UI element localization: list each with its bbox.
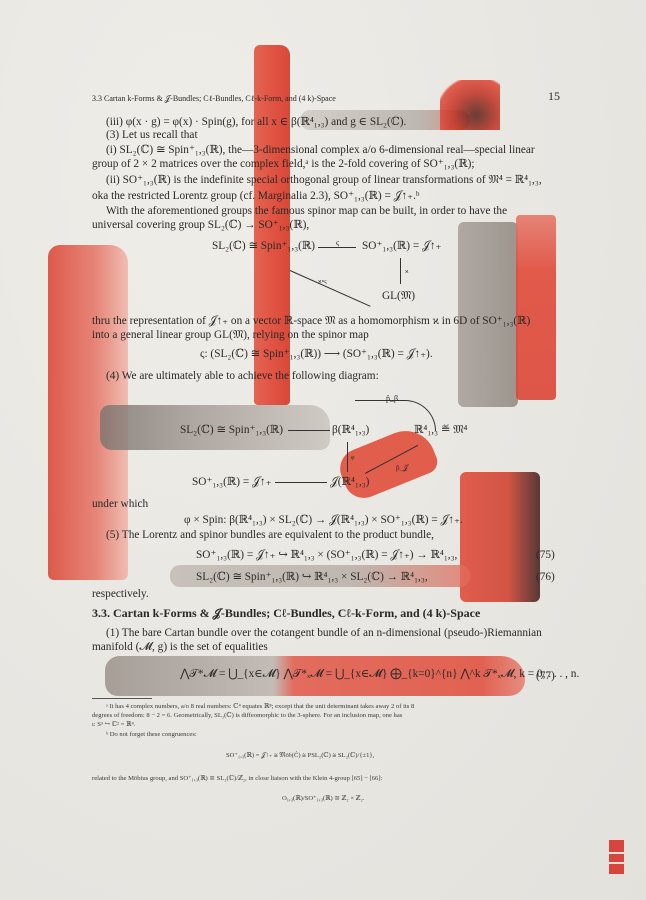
item-3: (3) Let us recall that <box>106 129 198 142</box>
equation-75: SO⁺₁,₃(ℝ) = 𝒥↑₊ ↪ ℝ⁴₁,₃ × (SO⁺₁,₃(ℝ) = 𝒥… <box>196 549 457 562</box>
diagram1-bottom: GL(𝔐) <box>382 290 415 303</box>
diagram2-top-right: ℝ⁴₁,₃ ≝ 𝔐⁴ <box>414 424 467 437</box>
item-i-line1: (i) SL₂(ℂ) ≅ Spin⁺₁,₃(ℝ), the—3-dimensio… <box>106 144 535 157</box>
item-i-line2: group of 2 × 2 matrices over the complex… <box>92 158 474 171</box>
page-number: 15 <box>548 90 560 103</box>
diagram2-arc-label: p̂_β <box>386 392 398 405</box>
footnote-a-line1: ᵃ It has 4 complex numbers, a/o 8 real n… <box>106 703 414 711</box>
spinor-map-equation: ς: (SL₂(ℂ) ≅ Spin⁺₁,₃(ℝ)) ⟶ (SO⁺₁,₃(ℝ) =… <box>200 348 433 361</box>
thru-paragraph-line2: into a general linear group GL(𝔐), relyi… <box>92 329 369 342</box>
line-iii: (iii) φ(x · g) = φ(x) · Spin(g), for all… <box>106 116 406 129</box>
spinor-paragraph-line2: universal covering group SL₂(ℂ) → SO⁺₁,₃… <box>92 219 309 232</box>
thru-paragraph-line1: thru the representation of 𝒥↑₊ on a vect… <box>92 315 530 328</box>
diagram2-arrow-down <box>347 442 348 472</box>
diagram2-diag-label: p̂_𝒥 <box>396 462 408 475</box>
item-5: (5) The Lorentz and spinor bundles are e… <box>106 529 434 542</box>
diagram1-arrow-label-down: ϰ <box>405 266 408 279</box>
artist-seal-stamp <box>609 840 624 874</box>
item-ii-line2: oka the restricted Lorentz group (cf. Ma… <box>92 190 419 203</box>
diagram1-top-right: SO⁺₁,₃(ℝ) = 𝒥↑₊ <box>362 240 441 253</box>
footnote-b-equation: SO⁺₁,₃(ℝ) = 𝒥↑₊ ≅ 𝔐ö𝔟(Ĉ) ≅ PSL₂(ℂ) ≅ SL₂… <box>226 752 374 760</box>
diagram1-arrow-label-top: ς <box>336 236 339 249</box>
diagram1-arrow-down <box>400 258 401 284</box>
diagram2-down-label: φ <box>351 452 354 465</box>
section-heading: 3.3. Cartan k-Forms & 𝒥-Bundles; Cℓ-Bund… <box>92 607 480 620</box>
diagram1-top-left: SL₂(ℂ) ≅ Spin⁺₁,₃(ℝ) <box>212 240 315 253</box>
footnote-a-line3: ι: S³ ↪ ℂ² = ℝ⁴. <box>92 721 135 729</box>
section-item1-line1: (1) The bare Cartan bundle over the cota… <box>106 627 542 640</box>
equation-76-number: (76) <box>536 571 555 584</box>
item-4: (4) We are ultimately able to achieve th… <box>106 370 379 383</box>
phi-spin-equation: φ × Spin: β(ℝ⁴₁,₃) × SL₂(ℂ) → 𝒥(ℝ⁴₁,₃) ×… <box>184 514 463 527</box>
item-ii-line1: (ii) SO⁺₁,₃(ℝ) is the indefinite special… <box>106 174 542 187</box>
respectively: respectively. <box>92 588 149 601</box>
footnote-a-line2: degrees of freedom: 8 − 2 = 6. Geometric… <box>92 712 402 720</box>
equation-76: SL₂(ℂ) ≅ Spin⁺₁,₃(ℝ) ↪ ℝ⁴₁,₃ × SL₂(ℂ) → … <box>196 571 428 584</box>
footnote-b-equation2: O₁,₃(ℝ)/SO⁺₁,₃(ℝ) ≅ ℤ₂ × ℤ₂. <box>282 795 364 803</box>
paper-background <box>0 0 646 900</box>
footnote-b-line2: related to the Möbius group, and SO⁺₁,₃(… <box>92 775 382 783</box>
spinor-paragraph-line1: With the aforementioned groups the famou… <box>106 205 507 218</box>
diagram2-top-left: SL₂(ℂ) ≅ Spin⁺₁,₃(ℝ) <box>180 424 283 437</box>
diagram2-arrow-bottom <box>275 482 327 483</box>
diagram2-top-mid: β(ℝ⁴₁,₃) <box>332 424 369 437</box>
under-which: under which <box>92 498 148 511</box>
equation-77: ⋀𝒯*𝓜 = ⋃_{x∈𝓜} ⋀𝒯*ₓ𝓜 = ⋃_{x∈𝓜} ⨁_{k=0}^{… <box>180 668 579 681</box>
diagram2-bottom-mid: 𝒥(ℝ⁴₁,₃) <box>330 476 369 489</box>
diagram2-arrow-top <box>288 430 330 431</box>
footnote-rule <box>92 698 152 699</box>
diagram2-bottom-left: SO⁺₁,₃(ℝ) = 𝒥↑₊ <box>192 476 271 489</box>
footnote-b-line1: ᵇ Do not forget these congruences: <box>106 731 197 739</box>
equation-77-number: (77) <box>536 670 555 683</box>
section-item1-line2: manifold (𝓜, g) is the set of equalities <box>92 641 268 654</box>
equation-75-number: (75) <box>536 549 555 562</box>
diagram1-arrow-label-diag: ϰ∘ς <box>318 276 327 289</box>
running-header: 3.3 Cartan k-Forms & 𝒥-Bundles; Cℓ-Bundl… <box>92 92 336 105</box>
